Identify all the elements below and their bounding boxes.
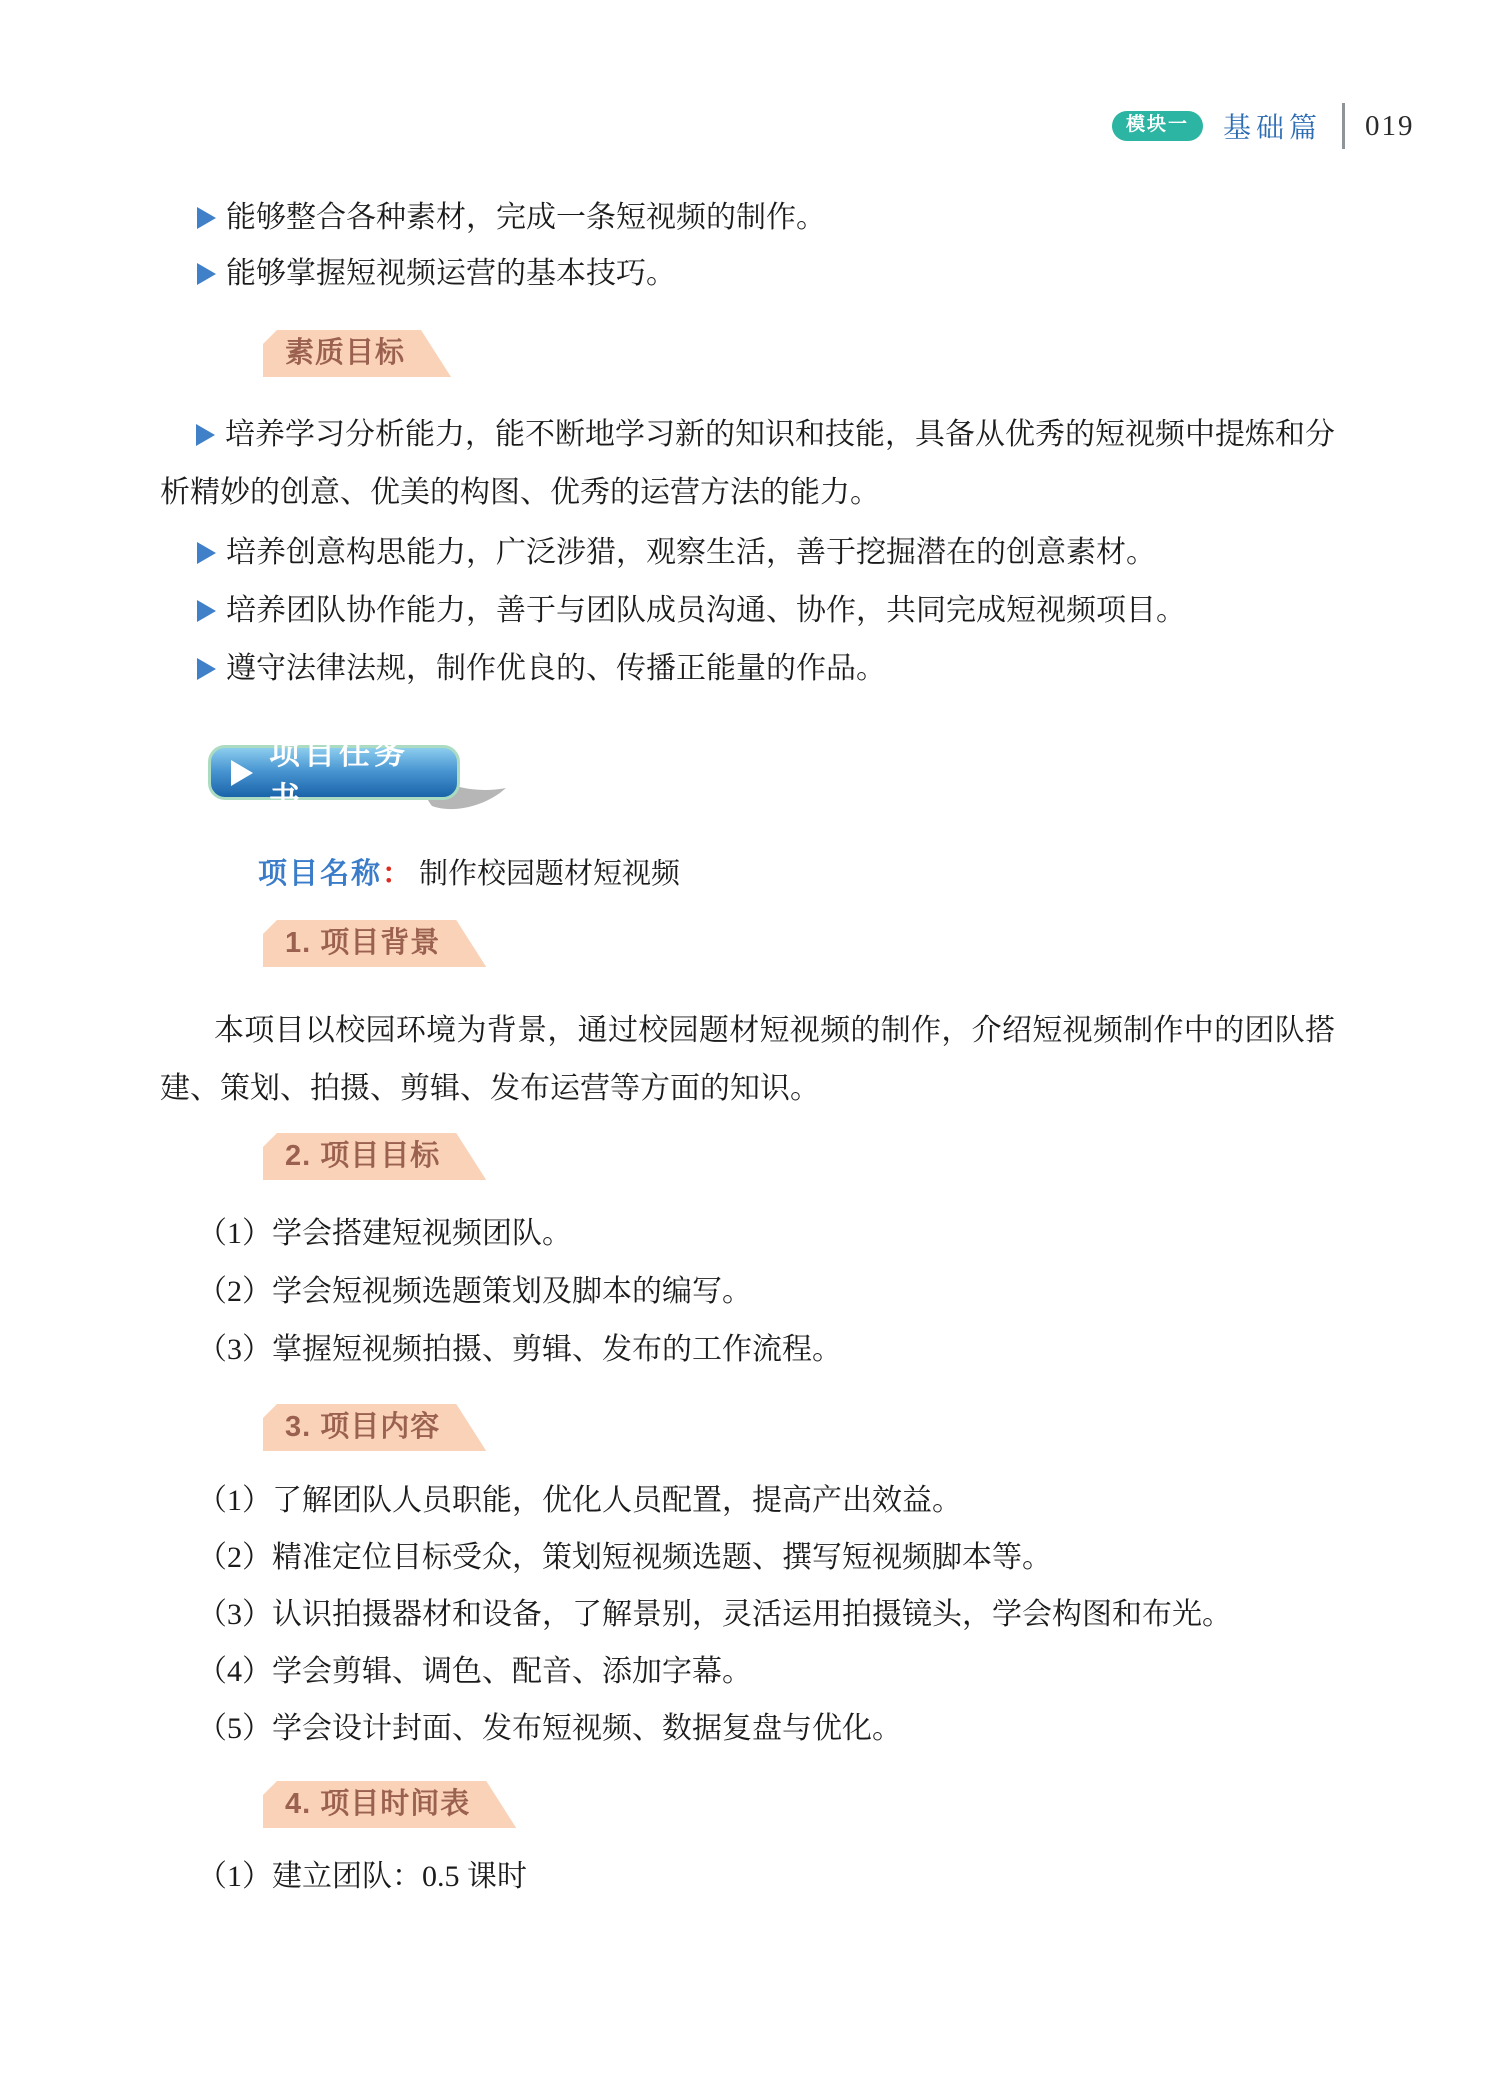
list-item: （3）认识拍摄器材和设备，了解景别，灵活运用拍摄镜头，学会构图和布光。 bbox=[163, 1586, 1232, 1643]
banner-title: 素质目标 bbox=[285, 337, 405, 369]
section-goals-content: （1）学会搭建短视频团队。 （2）学会短视频选题策划及脚本的编写。 （3）掌握短… bbox=[163, 1205, 842, 1379]
section-paragraph: 本项目以校园环境为背景，通过校园题材短视频的制作，介绍短视频制作中的团队搭建、策… bbox=[160, 1002, 1335, 1118]
header-divider bbox=[1342, 103, 1345, 149]
bullet-text: 培养学习分析能力，能不断地学习新的知识和技能，具备从优秀的短视频中提炼和分析精妙… bbox=[160, 418, 1335, 509]
arrow-bullet-icon bbox=[197, 658, 216, 680]
banner-title: 4. 项目时间表 bbox=[285, 1788, 470, 1820]
section-schedule-content: （1）建立团队：0.5 课时 bbox=[163, 1848, 527, 1906]
ribbon-arrow-icon bbox=[231, 760, 253, 786]
section-label: 基础篇 bbox=[1223, 106, 1322, 146]
list-item: 培养团队协作能力，善于与团队成员沟通、协作，共同完成短视频项目。 bbox=[197, 582, 1335, 640]
ribbon-title: 项目任务书 bbox=[269, 728, 437, 818]
arrow-bullet-icon bbox=[196, 424, 215, 446]
project-name-value: 制作校园题材短视频 bbox=[419, 858, 680, 890]
section-banner-goals: 2. 项目目标 bbox=[263, 1133, 486, 1180]
bullet-text: 培养创意构思能力，广泛涉猎，观察生活，善于挖掘潜在的创意素材。 bbox=[226, 536, 1156, 569]
bullet-text: 培养团队协作能力，善于与团队成员沟通、协作，共同完成短视频项目。 bbox=[226, 594, 1186, 627]
bullet-text: 能够掌握短视频运营的基本技巧。 bbox=[226, 257, 676, 290]
list-item: （4）学会剪辑、调色、配音、添加字幕。 bbox=[163, 1643, 1232, 1700]
section-banner-schedule: 4. 项目时间表 bbox=[263, 1781, 516, 1828]
list-item: （1）了解团队人员职能，优化人员配置，提高产出效益。 bbox=[163, 1472, 1232, 1529]
project-name-colon: ： bbox=[382, 858, 411, 890]
section-banner-background: 1. 项目背景 bbox=[263, 920, 486, 967]
module-badge: 模块一 bbox=[1112, 111, 1203, 141]
list-item: （2）精准定位目标受众，策划短视频选题、撰写短视频脚本等。 bbox=[163, 1529, 1232, 1586]
project-name-row: 项目名称：制作校园题材短视频 bbox=[258, 845, 680, 903]
list-item: 遵守法律法规，制作优良的、传播正能量的作品。 bbox=[197, 640, 1335, 698]
arrow-bullet-icon bbox=[197, 542, 216, 564]
list-item: （1）学会搭建短视频团队。 bbox=[163, 1205, 842, 1263]
page-header: 模块一 基础篇 019 bbox=[1112, 100, 1415, 152]
list-item: 培养创意构思能力，广泛涉猎，观察生活，善于挖掘潜在的创意素材。 bbox=[197, 524, 1335, 582]
banner-title: 2. 项目目标 bbox=[285, 1140, 440, 1172]
list-item: （3）掌握短视频拍摄、剪辑、发布的工作流程。 bbox=[163, 1321, 842, 1379]
book-page: 模块一 基础篇 019 能够整合各种素材，完成一条短视频的制作。 能够掌握短视频… bbox=[0, 0, 1504, 2094]
banner-title: 1. 项目背景 bbox=[285, 927, 440, 959]
bullet-text: 遵守法律法规，制作优良的、传播正能量的作品。 bbox=[226, 652, 886, 685]
section-contents-content: （1）了解团队人员职能，优化人员配置，提高产出效益。 （2）精准定位目标受众，策… bbox=[163, 1472, 1232, 1757]
list-item: 培养学习分析能力，能不断地学习新的知识和技能，具备从优秀的短视频中提炼和分析精妙… bbox=[160, 406, 1335, 522]
project-name-label: 项目名称 bbox=[258, 858, 382, 890]
arrow-bullet-icon bbox=[197, 263, 216, 285]
banner-title: 3. 项目内容 bbox=[285, 1411, 440, 1443]
bullet-text: 能够整合各种素材，完成一条短视频的制作。 bbox=[226, 201, 826, 234]
list-item: （5）学会设计封面、发布短视频、数据复盘与优化。 bbox=[163, 1700, 1232, 1757]
list-item: （1）建立团队：0.5 课时 bbox=[163, 1848, 527, 1906]
section-background-content: 本项目以校园环境为背景，通过校园题材短视频的制作，介绍短视频制作中的团队搭建、策… bbox=[160, 1002, 1335, 1118]
list-item: （2）学会短视频选题策划及脚本的编写。 bbox=[163, 1263, 842, 1321]
page-number: 019 bbox=[1365, 110, 1415, 143]
task-ribbon: 项目任务书 bbox=[208, 745, 460, 800]
quality-goal-banner: 素质目标 bbox=[263, 330, 451, 377]
goal-bullet-list: 能够整合各种素材，完成一条短视频的制作。 能够掌握短视频运营的基本技巧。 bbox=[197, 190, 826, 302]
arrow-bullet-icon bbox=[197, 600, 216, 622]
list-item: 能够掌握短视频运营的基本技巧。 bbox=[197, 246, 826, 302]
list-item: 能够整合各种素材，完成一条短视频的制作。 bbox=[197, 190, 826, 246]
section-banner-contents: 3. 项目内容 bbox=[263, 1404, 486, 1451]
arrow-bullet-icon bbox=[197, 207, 216, 229]
quality-goal-content: 培养学习分析能力，能不断地学习新的知识和技能，具备从优秀的短视频中提炼和分析精妙… bbox=[160, 406, 1335, 698]
